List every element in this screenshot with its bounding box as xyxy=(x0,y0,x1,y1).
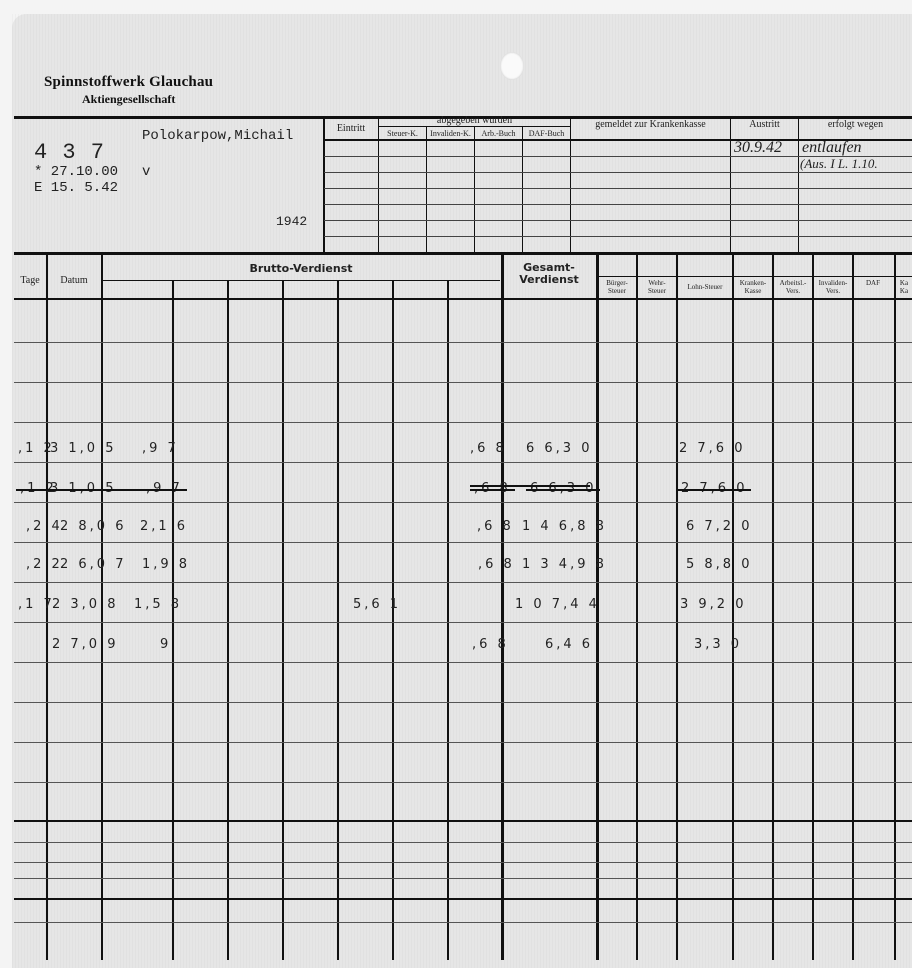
header-daf-buch: DAF-Buch xyxy=(523,129,570,138)
row-5-lohnsteuer: 3 9,2 0 xyxy=(680,597,746,612)
row-line xyxy=(14,342,912,343)
column-line xyxy=(852,255,854,960)
row-line xyxy=(14,422,912,423)
header-arbeitsl-vers: Arbeitsl.- Vers. xyxy=(774,279,812,295)
row-6-brutto-7: ,6 8 xyxy=(472,637,509,652)
row-1-gesamt: 6 6,3 0 xyxy=(526,441,592,456)
divider xyxy=(474,126,475,252)
row-line xyxy=(14,842,912,843)
row-line xyxy=(14,662,912,663)
row-2-lohnsteuer: 2 7,6 0 xyxy=(681,481,747,496)
row-1-brutto-7: ,6 8 xyxy=(470,441,507,456)
company-subtitle: Aktiengesellschaft xyxy=(82,92,175,107)
birth-date: * 27.10.00 xyxy=(34,164,118,180)
marital-status: v xyxy=(142,164,150,180)
ledger-top-rule xyxy=(14,252,912,255)
divider xyxy=(324,220,912,221)
row-5-datum: 2 3,0 8 xyxy=(52,597,118,612)
row-line xyxy=(14,820,912,822)
row-line xyxy=(14,742,912,743)
row-line xyxy=(14,382,912,383)
column-line xyxy=(636,255,638,960)
header-wehr-steuer: Wehr- Steuer xyxy=(638,279,676,295)
header-gemeldet: gemeldet zur Krankenkasse xyxy=(571,120,730,129)
row-line xyxy=(14,462,912,463)
divider xyxy=(324,188,912,189)
row-line xyxy=(14,898,912,900)
row-3-brutto-1: 2,1 6 xyxy=(140,519,188,534)
row-2-brutto-7: ,6 8 xyxy=(474,481,511,496)
exit-reason-note: (Aus. I L. 1.10. xyxy=(800,156,878,172)
header-buerger-steuer: Bürger- Steuer xyxy=(598,279,636,295)
row-4-gesamt: 1 3 4,9 8 xyxy=(522,557,607,572)
row-3-brutto-7: ,6 8 xyxy=(477,519,514,534)
exit-reason: entlaufen xyxy=(802,139,862,157)
row-line xyxy=(14,782,912,783)
row-4-datum: 2 6,0 7 xyxy=(60,557,126,572)
employee-number: 4 3 7 xyxy=(34,140,105,165)
row-4-brutto-1: 1,9 8 xyxy=(142,557,190,572)
row-5-brutto-1: 1,5 8 xyxy=(134,597,182,612)
header-daf: DAF xyxy=(854,279,892,287)
header-invaliden-vers: Invaliden- Vers. xyxy=(814,279,852,295)
row-4-lohnsteuer: 5 8,8 0 xyxy=(686,557,752,572)
year: 1942 xyxy=(276,214,307,229)
header-erfolgt: erfolgt wegen xyxy=(799,120,912,129)
row-line xyxy=(14,542,912,543)
row-1-brutto-1: ,9 7 xyxy=(142,441,179,456)
row-5-brutto-5: 5,6 1 xyxy=(353,597,401,612)
company-name: Spinnstoffwerk Glauchau xyxy=(44,74,213,91)
column-line xyxy=(772,255,774,960)
row-6-lohnsteuer: 3,3 0 xyxy=(694,637,742,652)
row-line xyxy=(14,582,912,583)
header-gesamt: Gesamt- Verdienst xyxy=(502,262,596,286)
column-line xyxy=(812,255,814,960)
header-tage: Tage xyxy=(14,276,46,285)
column-line xyxy=(501,255,504,960)
divider xyxy=(522,126,523,252)
row-2-gesamt: 6 6,3 0 xyxy=(530,481,596,496)
divider xyxy=(324,172,912,173)
header-datum: Datum xyxy=(48,276,100,285)
ledger-header-bottom xyxy=(14,298,912,300)
divider xyxy=(102,280,500,281)
header-eintritt: Eintritt xyxy=(324,124,378,133)
row-line xyxy=(14,862,912,863)
header-invaliden-k: Invaliden-K. xyxy=(427,129,474,138)
row-3-lohnsteuer: 6 7,2 0 xyxy=(686,519,752,534)
entry-date: E 15. 5.42 xyxy=(34,180,118,196)
row-3-datum: 2 8,0 6 xyxy=(60,519,126,534)
header-brutto: Brutto-Verdienst xyxy=(102,262,500,275)
header-kasse-cut: Ka Ka xyxy=(896,279,912,295)
column-line xyxy=(894,255,896,960)
divider xyxy=(426,126,427,252)
row-5-gesamt: 1 0 7,4 4 xyxy=(515,597,600,612)
row-line xyxy=(14,502,912,503)
row-4-brutto-7: ,6 8 xyxy=(478,557,515,572)
row-6-brutto-1: 9 xyxy=(160,637,171,652)
strike-line xyxy=(470,485,590,487)
row-1-lohnsteuer: 2 7,6 0 xyxy=(679,441,745,456)
column-line xyxy=(676,255,678,960)
row-line xyxy=(14,622,912,623)
row-6-datum: 2 7,0 9 xyxy=(52,637,118,652)
row-4-tage: ,2 2 xyxy=(26,557,63,572)
row-5-tage: ,1 7 xyxy=(18,597,55,612)
header-krankenkasse: Kranken- Kasse xyxy=(734,279,772,295)
row-6-gesamt: 6,4 6 xyxy=(545,637,593,652)
header-lohn-steuer: Lohn-Steuer xyxy=(678,283,732,291)
header-abgegeben: abgegeben wurden xyxy=(379,116,570,125)
strike-line xyxy=(22,489,170,491)
row-line xyxy=(14,922,912,923)
header-austritt: Austritt xyxy=(731,120,798,129)
divider xyxy=(324,236,912,237)
header-steuer-k: Steuer-K. xyxy=(379,129,426,138)
row-1-datum: 3 1,0 5 xyxy=(50,441,116,456)
divider xyxy=(324,204,912,205)
row-3-tage: ,2 4 xyxy=(26,519,63,534)
austritt-date: 30.9.42 xyxy=(734,139,782,157)
punch-hole xyxy=(500,52,524,80)
employee-name: Polokarpow,Michail xyxy=(142,128,293,144)
divider xyxy=(596,276,912,277)
divider xyxy=(379,126,570,127)
row-line xyxy=(14,878,912,879)
row-line xyxy=(14,702,912,703)
header-arb-buch: Arb.-Buch xyxy=(475,129,522,138)
row-3-gesamt: 1 4 6,8 8 xyxy=(522,519,607,534)
